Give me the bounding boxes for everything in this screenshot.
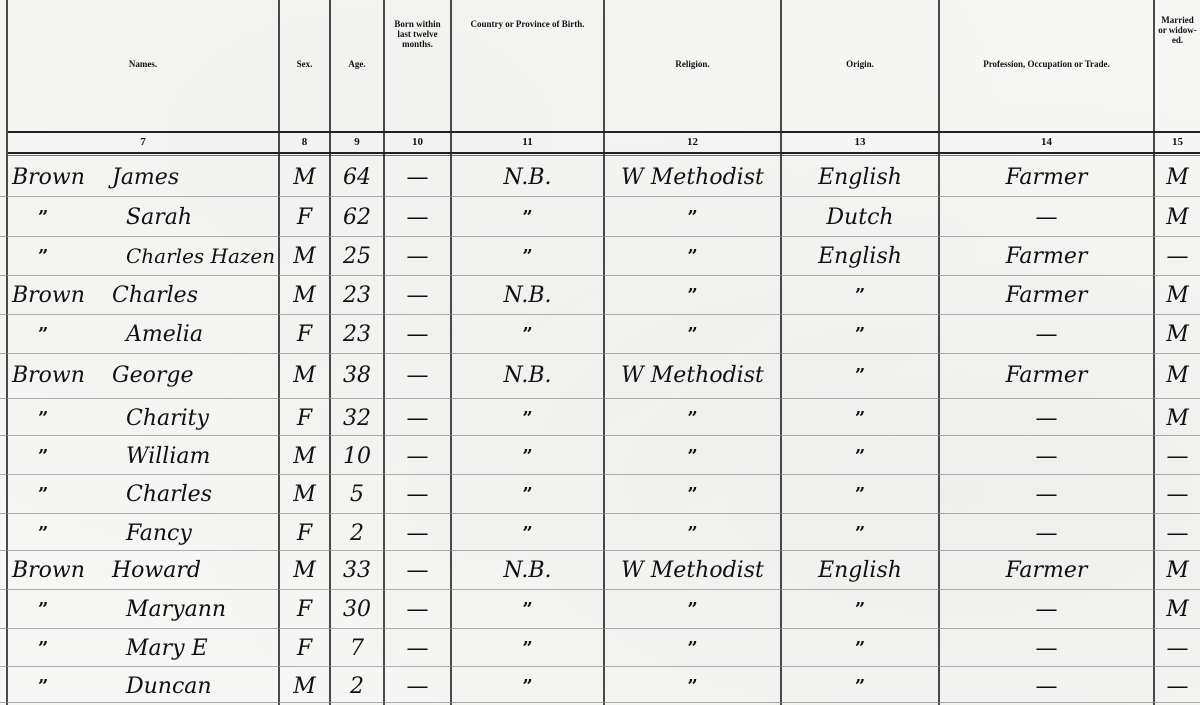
birthplace-cell: ” [452, 590, 603, 628]
occupation-cell: — [940, 667, 1153, 705]
born-within-year-cell: — [385, 551, 450, 589]
origin-cell: ” [782, 437, 938, 475]
surname-cell: Brown [8, 356, 112, 394]
col-number: 9 [331, 134, 383, 150]
col-header-occupation: Profession, Occupation or Trade. [940, 0, 1153, 130]
age-cell: 10 [331, 437, 383, 475]
married-cell: — [1155, 437, 1200, 475]
given-name-cell: Charles Hazen [108, 237, 296, 275]
col-number: 15 [1155, 134, 1200, 150]
origin-cell: ” [782, 629, 938, 667]
sex-cell: F [280, 629, 329, 667]
age-cell: 30 [331, 590, 383, 628]
religion-cell: ” [605, 437, 780, 475]
religion-cell: ” [605, 590, 780, 628]
occupation-cell: Farmer [940, 356, 1153, 394]
occupation-cell: — [940, 514, 1153, 552]
birthplace-cell: N.B. [452, 276, 603, 314]
sex-cell: M [280, 551, 329, 589]
age-cell: 2 [331, 514, 383, 552]
born-within-year-cell: — [385, 399, 450, 437]
born-within-year-cell: — [385, 475, 450, 513]
sex-cell: M [280, 475, 329, 513]
occupation-cell: Farmer [940, 276, 1153, 314]
col-number: 10 [385, 134, 450, 150]
origin-cell: ” [782, 514, 938, 552]
born-within-year-cell: — [385, 158, 450, 196]
married-cell: M [1155, 198, 1200, 236]
given-name-cell: Charity [108, 399, 296, 437]
birthplace-cell: ” [452, 198, 603, 236]
born-within-year-cell: — [385, 590, 450, 628]
origin-cell: ” [782, 667, 938, 705]
origin-cell: ” [782, 356, 938, 394]
col-header-origin: Origin. [782, 0, 938, 130]
age-cell: 23 [331, 276, 383, 314]
given-name-cell: Charles [108, 475, 296, 513]
sex-cell: M [280, 276, 329, 314]
birthplace-cell: N.B. [452, 158, 603, 196]
birthplace-cell: N.B. [452, 551, 603, 589]
birthplace-cell: ” [452, 315, 603, 353]
age-cell: 32 [331, 399, 383, 437]
married-cell: M [1155, 551, 1200, 589]
col-number: 12 [605, 134, 780, 150]
col-number: 11 [452, 134, 603, 150]
given-name-cell: Maryann [108, 590, 296, 628]
age-cell: 64 [331, 158, 383, 196]
col-header-born: Born within last twelve months. [385, 0, 450, 100]
occupation-cell: — [940, 590, 1153, 628]
birthplace-cell: ” [452, 475, 603, 513]
sex-cell: F [280, 198, 329, 236]
origin-cell: English [782, 237, 938, 275]
born-within-year-cell: — [385, 276, 450, 314]
married-cell: M [1155, 158, 1200, 196]
religion-cell: W Methodist [605, 551, 780, 589]
col-number: 13 [782, 134, 938, 150]
married-cell: — [1155, 475, 1200, 513]
origin-cell: ” [782, 276, 938, 314]
origin-cell: ” [782, 315, 938, 353]
col-header-age: Age. [331, 0, 383, 130]
married-cell: M [1155, 315, 1200, 353]
religion-cell: ” [605, 667, 780, 705]
age-cell: 2 [331, 667, 383, 705]
born-within-year-cell: — [385, 315, 450, 353]
birthplace-cell: ” [452, 514, 603, 552]
col-header-religion: Religion. [605, 0, 780, 130]
religion-cell: ” [605, 198, 780, 236]
religion-cell: ” [605, 514, 780, 552]
sex-cell: M [280, 158, 329, 196]
age-cell: 38 [331, 356, 383, 394]
religion-cell: ” [605, 475, 780, 513]
occupation-cell: — [940, 629, 1153, 667]
surname-cell: Brown [8, 158, 112, 196]
age-cell: 23 [331, 315, 383, 353]
born-within-year-cell: — [385, 237, 450, 275]
religion-cell: ” [605, 237, 780, 275]
occupation-cell: Farmer [940, 551, 1153, 589]
origin-cell: ” [782, 399, 938, 437]
sex-cell: M [280, 437, 329, 475]
birthplace-cell: ” [452, 629, 603, 667]
birthplace-cell: ” [452, 399, 603, 437]
born-within-year-cell: — [385, 514, 450, 552]
occupation-cell: Farmer [940, 158, 1153, 196]
married-cell: — [1155, 237, 1200, 275]
sex-cell: F [280, 315, 329, 353]
religion-cell: W Methodist [605, 158, 780, 196]
col-header-married: Married or widow-ed. [1155, 0, 1200, 96]
given-name-cell: Mary E [108, 629, 296, 667]
birthplace-cell: ” [452, 667, 603, 705]
religion-cell: ” [605, 629, 780, 667]
birthplace-cell: ” [452, 437, 603, 475]
birthplace-cell: ” [452, 237, 603, 275]
col-number: 8 [280, 134, 329, 150]
origin-cell: ” [782, 475, 938, 513]
religion-cell: ” [605, 315, 780, 353]
occupation-cell: — [940, 475, 1153, 513]
occupation-cell: Farmer [940, 237, 1153, 275]
col-number: 14 [940, 134, 1153, 150]
born-within-year-cell: — [385, 437, 450, 475]
married-cell: — [1155, 667, 1200, 705]
age-cell: 7 [331, 629, 383, 667]
born-within-year-cell: — [385, 629, 450, 667]
occupation-cell: — [940, 198, 1153, 236]
given-name-cell: James [108, 158, 282, 196]
birthplace-cell: N.B. [452, 356, 603, 394]
origin-cell: English [782, 158, 938, 196]
sex-cell: M [280, 356, 329, 394]
religion-cell: W Methodist [605, 356, 780, 394]
married-cell: M [1155, 276, 1200, 314]
sex-cell: M [280, 667, 329, 705]
origin-cell: ” [782, 590, 938, 628]
sex-cell: F [280, 590, 329, 628]
col-header-names: Names. [8, 0, 278, 130]
occupation-cell: — [940, 315, 1153, 353]
given-name-cell: Charles [108, 276, 282, 314]
col-header-sex: Sex. [280, 0, 329, 130]
born-within-year-cell: — [385, 198, 450, 236]
born-within-year-cell: — [385, 667, 450, 705]
age-cell: 33 [331, 551, 383, 589]
surname-cell: Brown [8, 276, 112, 314]
married-cell: M [1155, 356, 1200, 394]
sex-cell: F [280, 514, 329, 552]
given-name-cell: Duncan [108, 667, 296, 705]
given-name-cell: Amelia [108, 315, 296, 353]
col-number: 7 [8, 134, 278, 150]
age-cell: 25 [331, 237, 383, 275]
col-header-birthplace: Country or Province of Birth. [452, 0, 603, 90]
given-name-cell: Howard [108, 551, 282, 589]
age-cell: 62 [331, 198, 383, 236]
origin-cell: English [782, 551, 938, 589]
census-page: Names. Sex. Age. Born within last twelve… [0, 0, 1200, 705]
given-name-cell: William [108, 437, 296, 475]
given-name-cell: George [108, 356, 282, 394]
born-within-year-cell: — [385, 356, 450, 394]
occupation-cell: — [940, 399, 1153, 437]
married-cell: M [1155, 590, 1200, 628]
religion-cell: ” [605, 276, 780, 314]
occupation-cell: — [940, 437, 1153, 475]
age-cell: 5 [331, 475, 383, 513]
religion-cell: ” [605, 399, 780, 437]
sex-cell: M [280, 237, 329, 275]
married-cell: — [1155, 514, 1200, 552]
married-cell: M [1155, 399, 1200, 437]
given-name-cell: Fancy [108, 514, 296, 552]
sex-cell: F [280, 399, 329, 437]
origin-cell: Dutch [782, 198, 938, 236]
surname-cell: Brown [8, 551, 112, 589]
given-name-cell: Sarah [108, 198, 296, 236]
married-cell: — [1155, 629, 1200, 667]
